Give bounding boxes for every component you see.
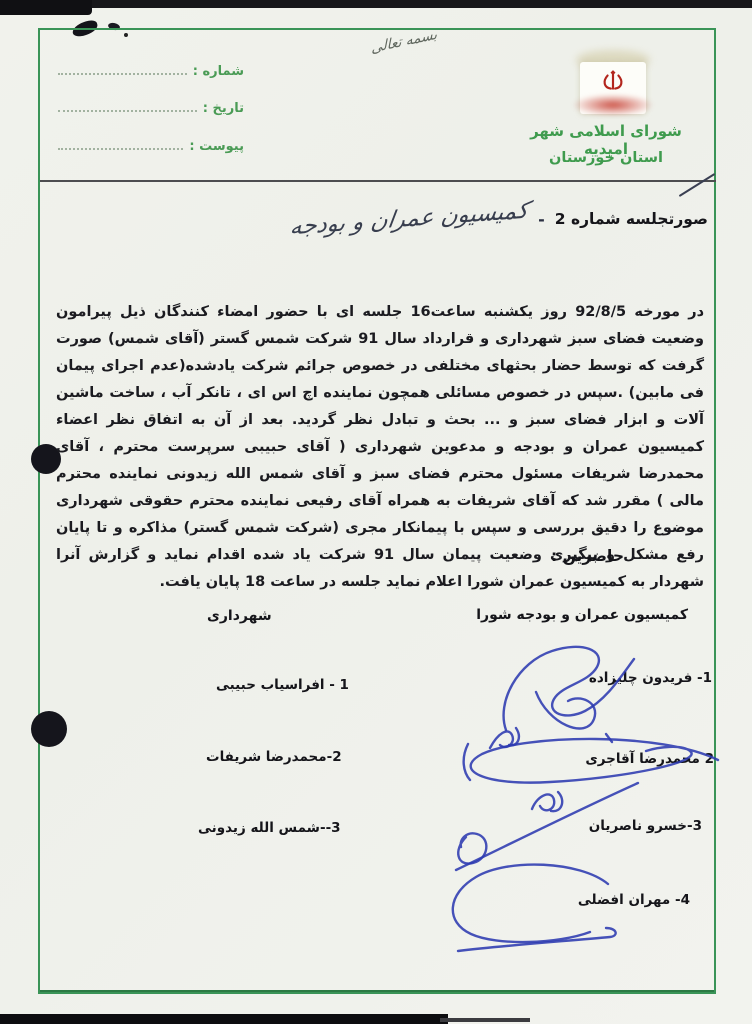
field-label-date: تاریخ : <box>203 101 244 116</box>
header-field-number: شماره : <box>58 64 244 79</box>
page-border-frame-bottom-line <box>40 990 714 992</box>
title-printed-text: صورتجلسه شماره 2 <box>555 210 708 228</box>
attendees-heading: حاضرین : <box>551 547 624 565</box>
attendee-name: 1 - افراسیاب حبیبی <box>216 677 349 693</box>
attendee-name: 1- فریدون چلیزاده <box>589 670 712 686</box>
attendee-name: 4- مهران افضلی <box>578 892 690 908</box>
emblem-red-stripe <box>572 94 654 116</box>
header-field-attachment: پیوست : <box>58 139 244 154</box>
attendee-name: 3-خسرو ناصریان <box>589 818 702 834</box>
dotted-line <box>58 147 183 150</box>
document-title: صورتجلسه شماره 2 - کمیسیون عمران و بودجه <box>290 206 708 232</box>
attendee-name: 2-محمدرضا شریفات <box>206 749 342 765</box>
scan-edge-band-bottom <box>0 1014 448 1024</box>
scanned-meeting-minutes-page: بسمه تعالی شماره : تاریخ : پیوست : شورای… <box>0 0 752 1024</box>
header-field-date: تاریخ : <box>58 101 244 116</box>
header-separator-line <box>40 180 716 182</box>
hole-punch-mark <box>31 711 67 747</box>
attendee-name: 2 محمدرضا آقاجری <box>585 751 714 767</box>
dotted-line <box>58 72 187 75</box>
field-label-attachment: پیوست : <box>189 139 244 154</box>
field-label-number: شماره : <box>193 64 244 79</box>
title-dash: - <box>538 210 545 229</box>
iran-flag-emblem-icon <box>558 50 670 122</box>
scan-edge-band-top <box>0 0 752 8</box>
column-header-commission: کمیسیون عمران و بودجه شورا <box>476 607 688 623</box>
attendee-name: 3--شمس الله زیدونی <box>198 820 341 836</box>
scan-edge-band-bottom-thin <box>440 1018 530 1022</box>
org-region: استان خوزستان <box>506 150 706 166</box>
column-header-municipality: شهرداری <box>207 608 272 624</box>
scan-edge-band-top-left <box>0 0 92 15</box>
allah-tulip-icon <box>600 68 626 94</box>
dotted-line <box>58 109 197 112</box>
